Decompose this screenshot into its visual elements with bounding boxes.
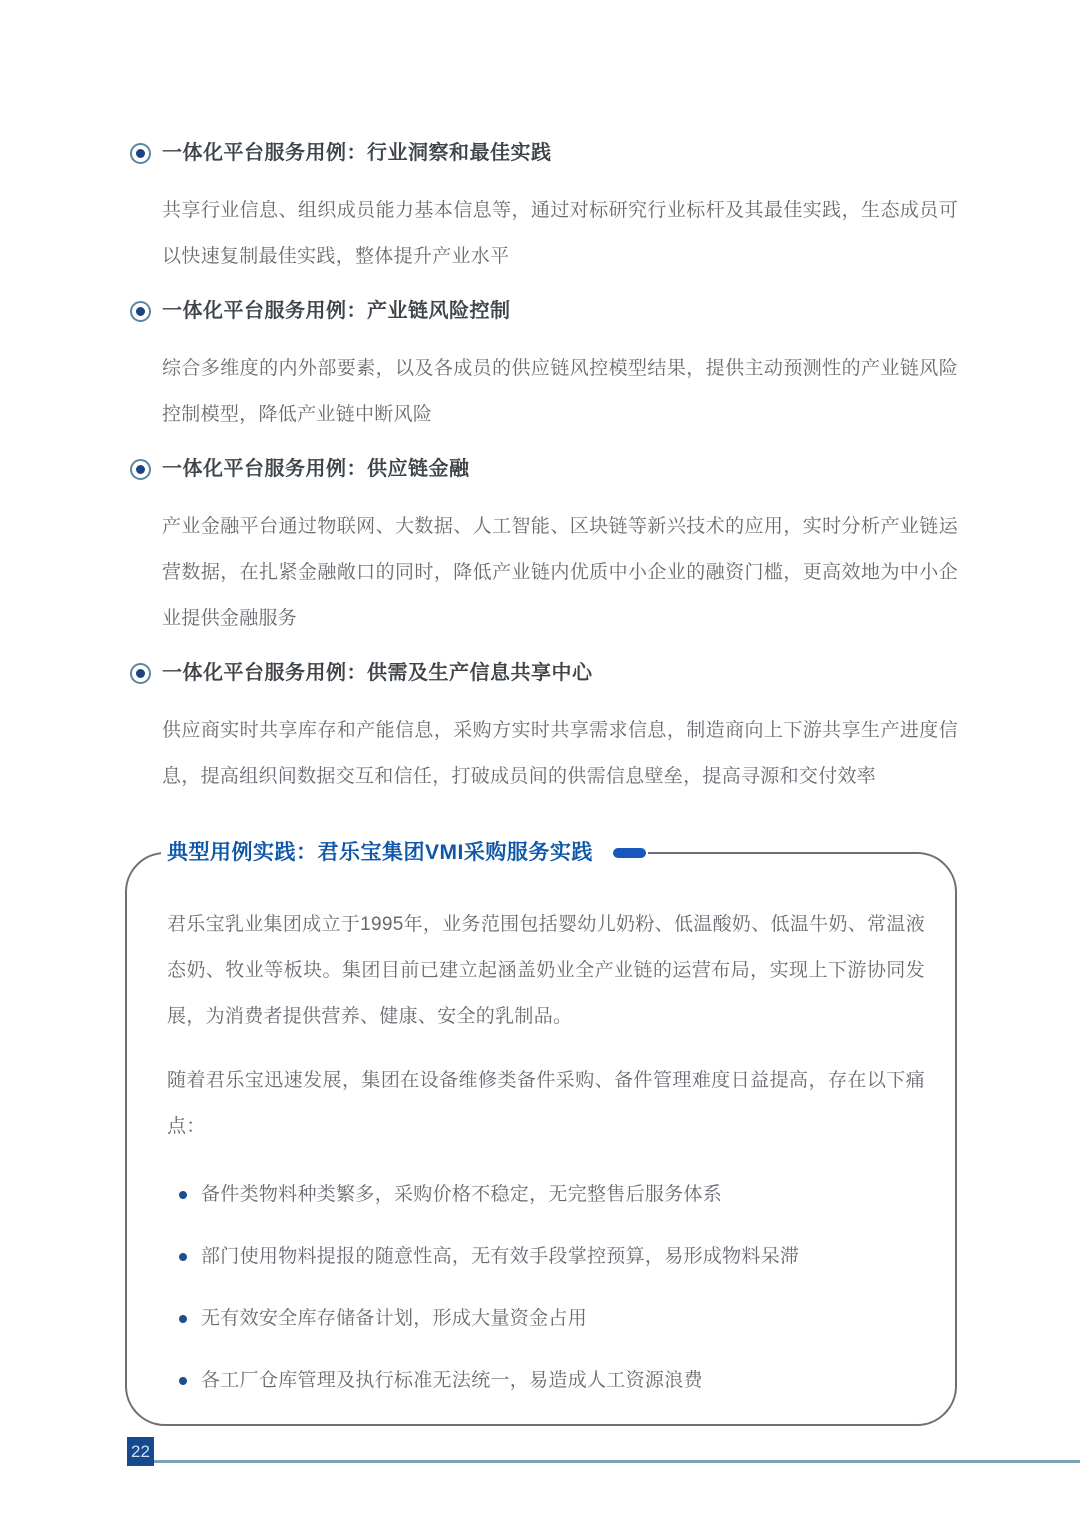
page-number: 22 [131, 1442, 150, 1462]
pain-points-list: 备件类物料种类繁多，采购价格不稳定，无完整售后服务体系 部门使用物料提报的随意性… [167, 1182, 925, 1394]
page-content: 一体化平台服务用例：行业洞察和最佳实践 共享行业信息、组织成员能力基本信息等，通… [130, 140, 958, 1426]
use-case-heading-row: 一体化平台服务用例：供应链金融 [130, 456, 958, 482]
list-item-text: 备件类物料种类繁多，采购价格不稳定，无完整售后服务体系 [201, 1182, 722, 1208]
use-case-body: 产业金融平台通过物联网、大数据、人工智能、区块链等新兴技术的应用，实时分析产业链… [162, 504, 958, 642]
use-case-heading: 一体化平台服务用例：产业链风险控制 [162, 298, 511, 324]
footer-rule [153, 1460, 1080, 1463]
radio-dot [136, 149, 145, 158]
list-item: 各工厂仓库管理及执行标准无法统一，易造成人工资源浪费 [179, 1368, 925, 1394]
page-footer: 22 [127, 1437, 1080, 1466]
case-paragraph-1: 君乐宝乳业集团成立于1995年，业务范围包括婴幼儿奶粉、低温酸奶、低温牛奶、常温… [167, 902, 925, 1040]
radio-circle-icon [130, 143, 151, 164]
use-case-heading: 一体化平台服务用例：供应链金融 [162, 456, 470, 482]
use-case-section-2: 一体化平台服务用例：产业链风险控制 综合多维度的内外部要素，以及各成员的供应链风… [130, 298, 958, 438]
list-item: 部门使用物料提报的随意性高，无有效手段掌控预算，易形成物料呆滞 [179, 1244, 925, 1270]
use-case-section-4: 一体化平台服务用例：供需及生产信息共享中心 供应商实时共享库存和产能信息，采购方… [130, 660, 958, 800]
use-case-heading-row: 一体化平台服务用例：行业洞察和最佳实践 [130, 140, 958, 166]
use-case-heading-row: 一体化平台服务用例：产业链风险控制 [130, 298, 958, 324]
list-item-text: 无有效安全库存储备计划，形成大量资金占用 [201, 1306, 587, 1332]
dot-icon [179, 1253, 187, 1261]
radio-dot [136, 307, 145, 316]
dot-icon [179, 1377, 187, 1385]
use-case-heading: 一体化平台服务用例：行业洞察和最佳实践 [162, 140, 552, 166]
radio-circle-icon [130, 663, 151, 684]
case-study-box: 典型用例实践：君乐宝集团VMI采购服务实践 君乐宝乳业集团成立于1995年，业务… [125, 852, 957, 1426]
radio-circle-icon [130, 301, 151, 322]
use-case-section-1: 一体化平台服务用例：行业洞察和最佳实践 共享行业信息、组织成员能力基本信息等，通… [130, 140, 958, 280]
pill-dash-icon [613, 848, 646, 858]
use-case-heading-row: 一体化平台服务用例：供需及生产信息共享中心 [130, 660, 958, 686]
list-item: 无有效安全库存储备计划，形成大量资金占用 [179, 1306, 925, 1332]
use-case-heading: 一体化平台服务用例：供需及生产信息共享中心 [162, 660, 593, 686]
list-item-text: 部门使用物料提报的随意性高，无有效手段掌控预算，易形成物料呆滞 [201, 1244, 799, 1270]
radio-dot [136, 669, 145, 678]
radio-circle-icon [130, 459, 151, 480]
dot-icon [179, 1191, 187, 1199]
use-case-body: 供应商实时共享库存和产能信息，采购方实时共享需求信息，制造商向上下游共享生产进度… [162, 708, 958, 800]
case-paragraph-2: 随着君乐宝迅速发展，集团在设备维修类备件采购、备件管理难度日益提高，存在以下痛点… [167, 1058, 925, 1150]
radio-dot [136, 465, 145, 474]
use-case-section-3: 一体化平台服务用例：供应链金融 产业金融平台通过物联网、大数据、人工智能、区块链… [130, 456, 958, 642]
page-number-badge: 22 [127, 1437, 154, 1466]
list-item: 备件类物料种类繁多，采购价格不稳定，无完整售后服务体系 [179, 1182, 925, 1208]
use-case-body: 共享行业信息、组织成员能力基本信息等，通过对标研究行业标杆及其最佳实践，生态成员… [162, 188, 958, 280]
dot-icon [179, 1315, 187, 1323]
case-box-title: 典型用例实践：君乐宝集团VMI采购服务实践 [161, 839, 648, 867]
use-case-body: 综合多维度的内外部要素，以及各成员的供应链风控模型结果，提供主动预测性的产业链风… [162, 346, 958, 438]
case-box-title-text: 典型用例实践：君乐宝集团VMI采购服务实践 [167, 839, 593, 867]
list-item-text: 各工厂仓库管理及执行标准无法统一，易造成人工资源浪费 [201, 1368, 703, 1394]
